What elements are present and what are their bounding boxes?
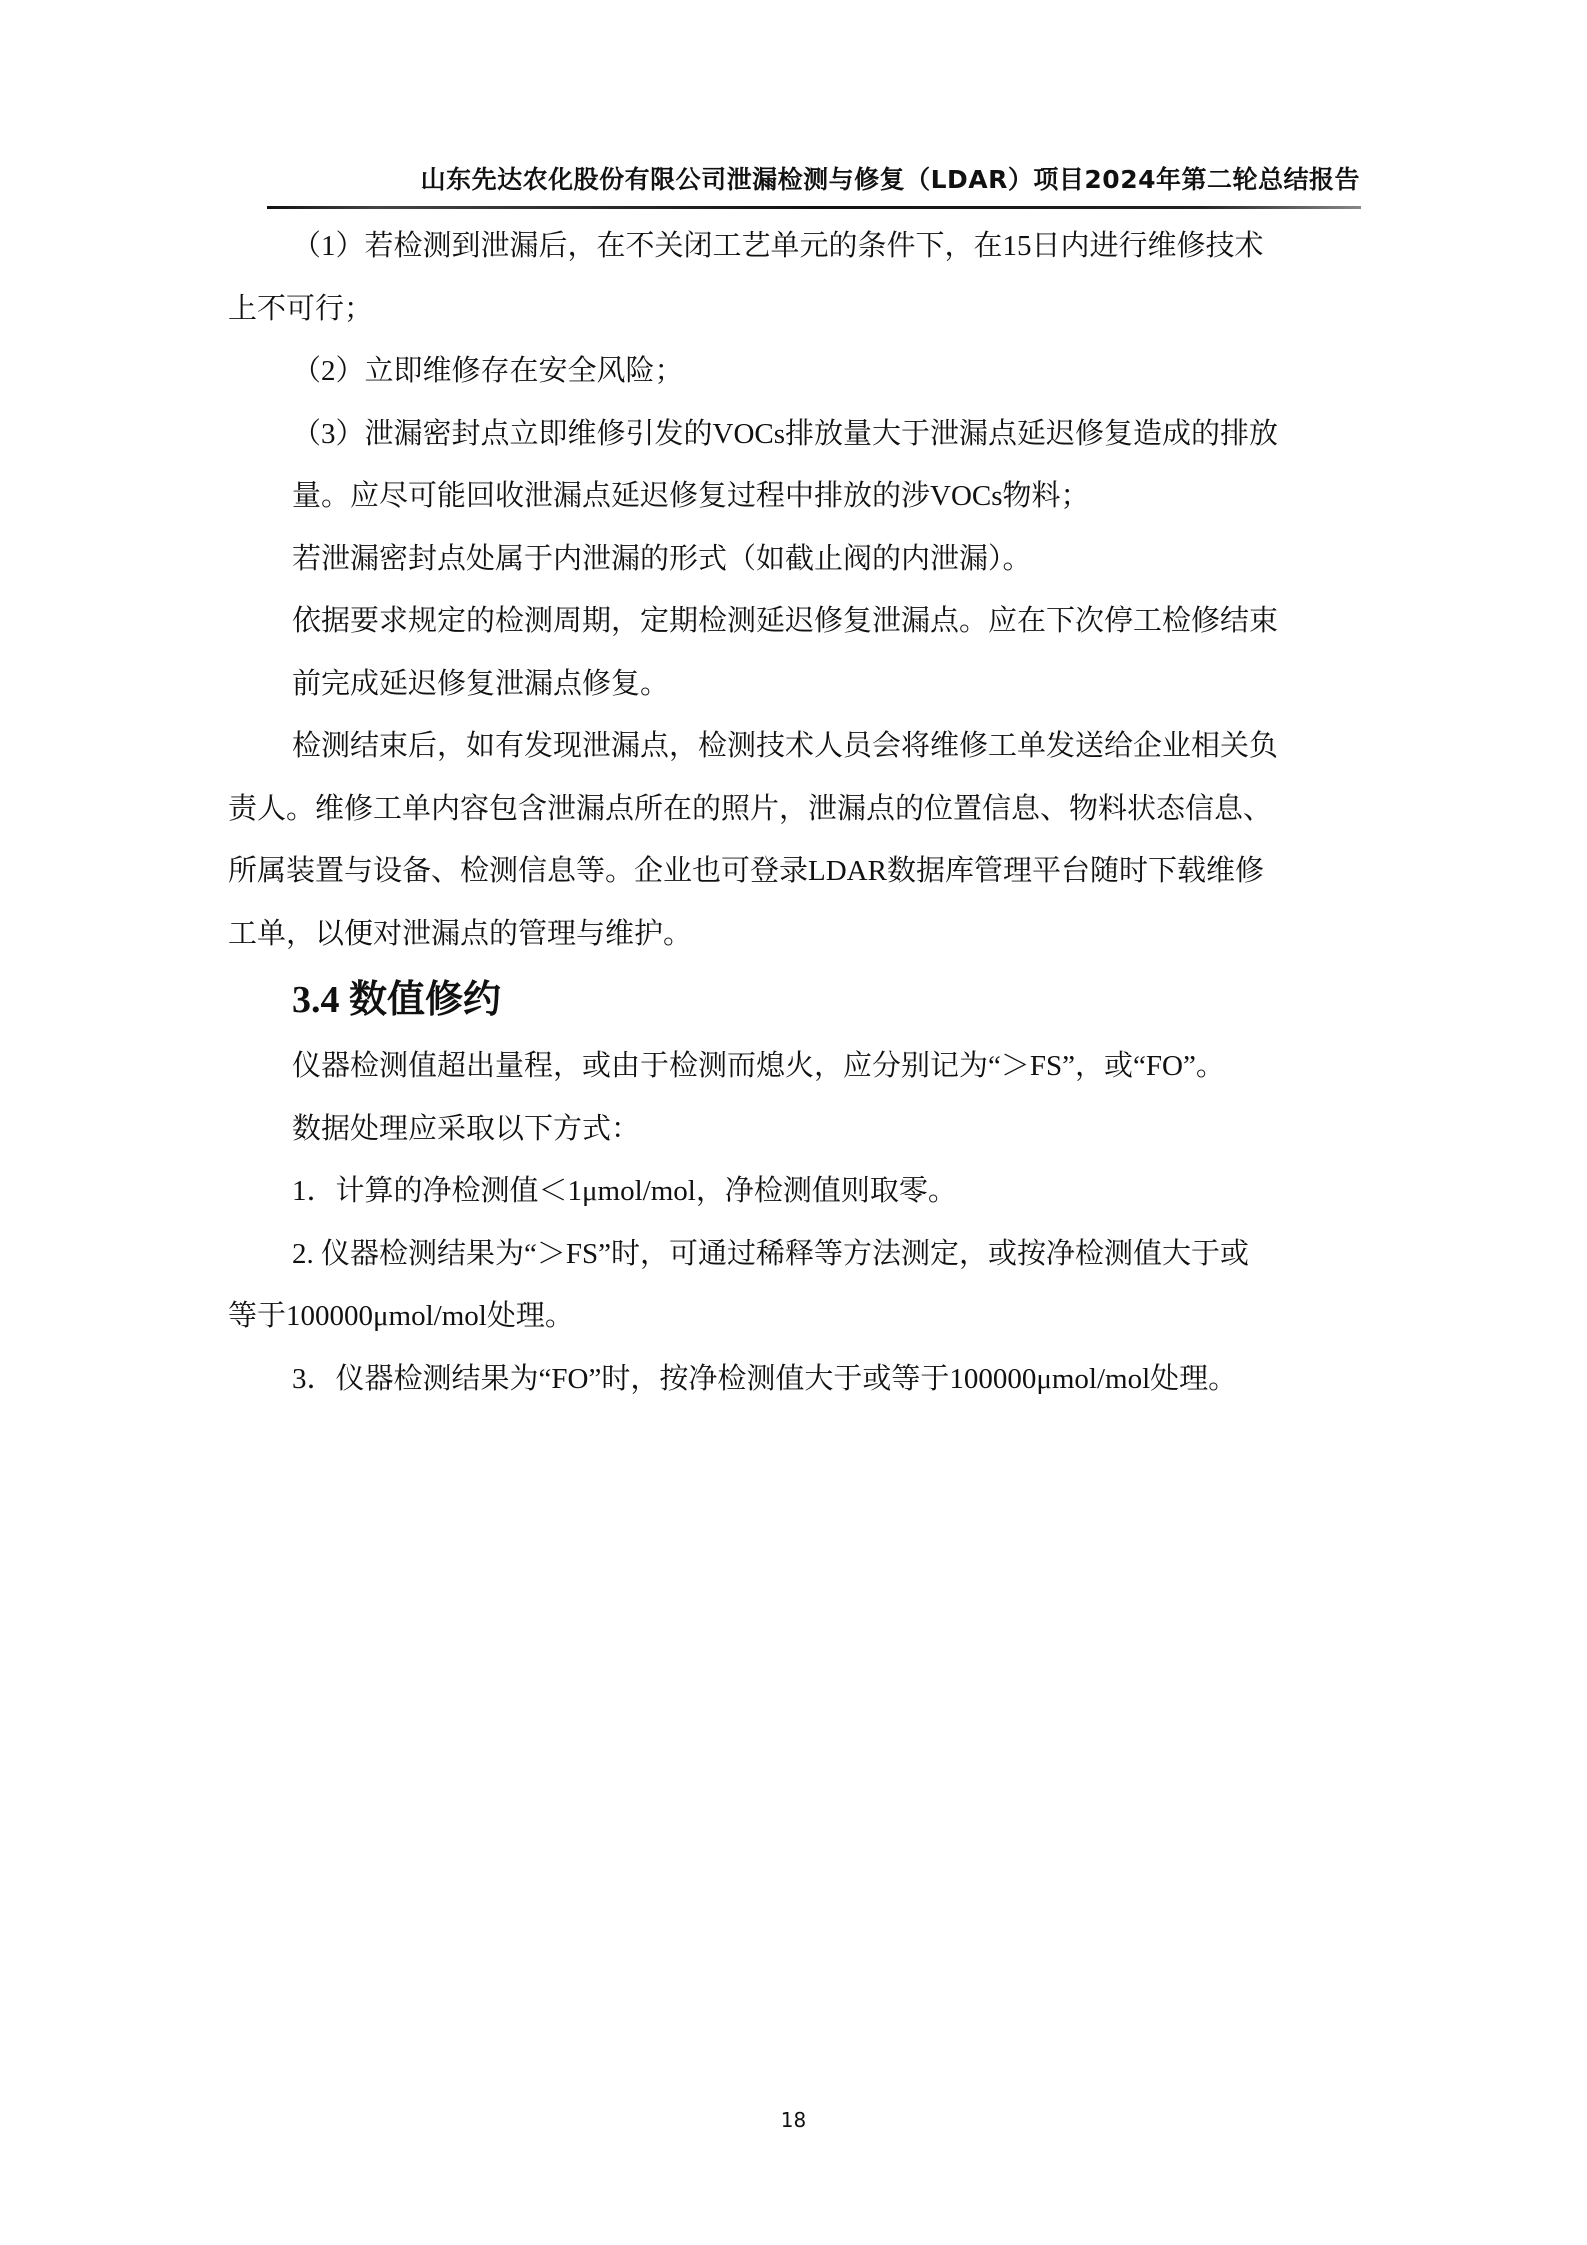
paragraph-line: 前完成延迟修复泄漏点修复。 xyxy=(228,653,1398,716)
list-item: 2. 仪器检测结果为“＞FS”时，可通过稀释等方法测定，或按净检测值大于或 xyxy=(228,1223,1398,1286)
section-heading: 3.4 数值修约 xyxy=(228,965,1398,1035)
paragraph-line: 所属装置与设备、检测信息等。企业也可登录LDAR数据库管理平台随时下载维修 xyxy=(228,840,1398,903)
paragraph-line: 量。应尽可能回收泄漏点延迟修复过程中排放的涉VOCs物料； xyxy=(228,465,1398,528)
paragraph-line: （1）若检测到泄漏后，在不关闭工艺单元的条件下，在15日内进行维修技术 xyxy=(228,215,1398,278)
paragraph-line: （2）立即维修存在安全风险； xyxy=(228,340,1398,403)
page-body: （1）若检测到泄漏后，在不关闭工艺单元的条件下，在15日内进行维修技术 上不可行… xyxy=(228,215,1398,1410)
page-number: 18 xyxy=(0,2108,1587,2132)
paragraph-line: 数据处理应采取以下方式： xyxy=(228,1098,1398,1161)
paragraph-line: 检测结束后，如有发现泄漏点，检测技术人员会将维修工单发送给企业相关负 xyxy=(228,715,1398,778)
list-item: 3．仪器检测结果为“FO”时，按净检测值大于或等于100000μmol/mol处… xyxy=(228,1348,1398,1411)
header-divider xyxy=(267,206,1361,209)
paragraph-line: 仪器检测值超出量程，或由于检测而熄火，应分别记为“＞FS”，或“FO”。 xyxy=(228,1035,1398,1098)
list-item-continuation: 等于100000μmol/mol处理。 xyxy=(228,1285,1398,1348)
paragraph-line: 若泄漏密封点处属于内泄漏的形式（如截止阀的内泄漏）。 xyxy=(228,528,1398,591)
paragraph-line: 工单，以便对泄漏点的管理与维护。 xyxy=(228,903,1398,966)
paragraph-line: 上不可行； xyxy=(228,278,1398,341)
paragraph-line: 责人。维修工单内容包含泄漏点所在的照片，泄漏点的位置信息、物料状态信息、 xyxy=(228,778,1398,841)
paragraph-line: 依据要求规定的检测周期，定期检测延迟修复泄漏点。应在下次停工检修结束 xyxy=(228,590,1398,653)
running-header-title: 山东先达农化股份有限公司泄漏检测与修复（LDAR）项目2024年第二轮总结报告 xyxy=(340,160,1360,196)
list-item: 1．计算的净检测值＜1μmol/mol，净检测值则取零。 xyxy=(228,1160,1398,1223)
paragraph-line: （3）泄漏密封点立即维修引发的VOCs排放量大于泄漏点延迟修复造成的排放 xyxy=(228,403,1398,466)
